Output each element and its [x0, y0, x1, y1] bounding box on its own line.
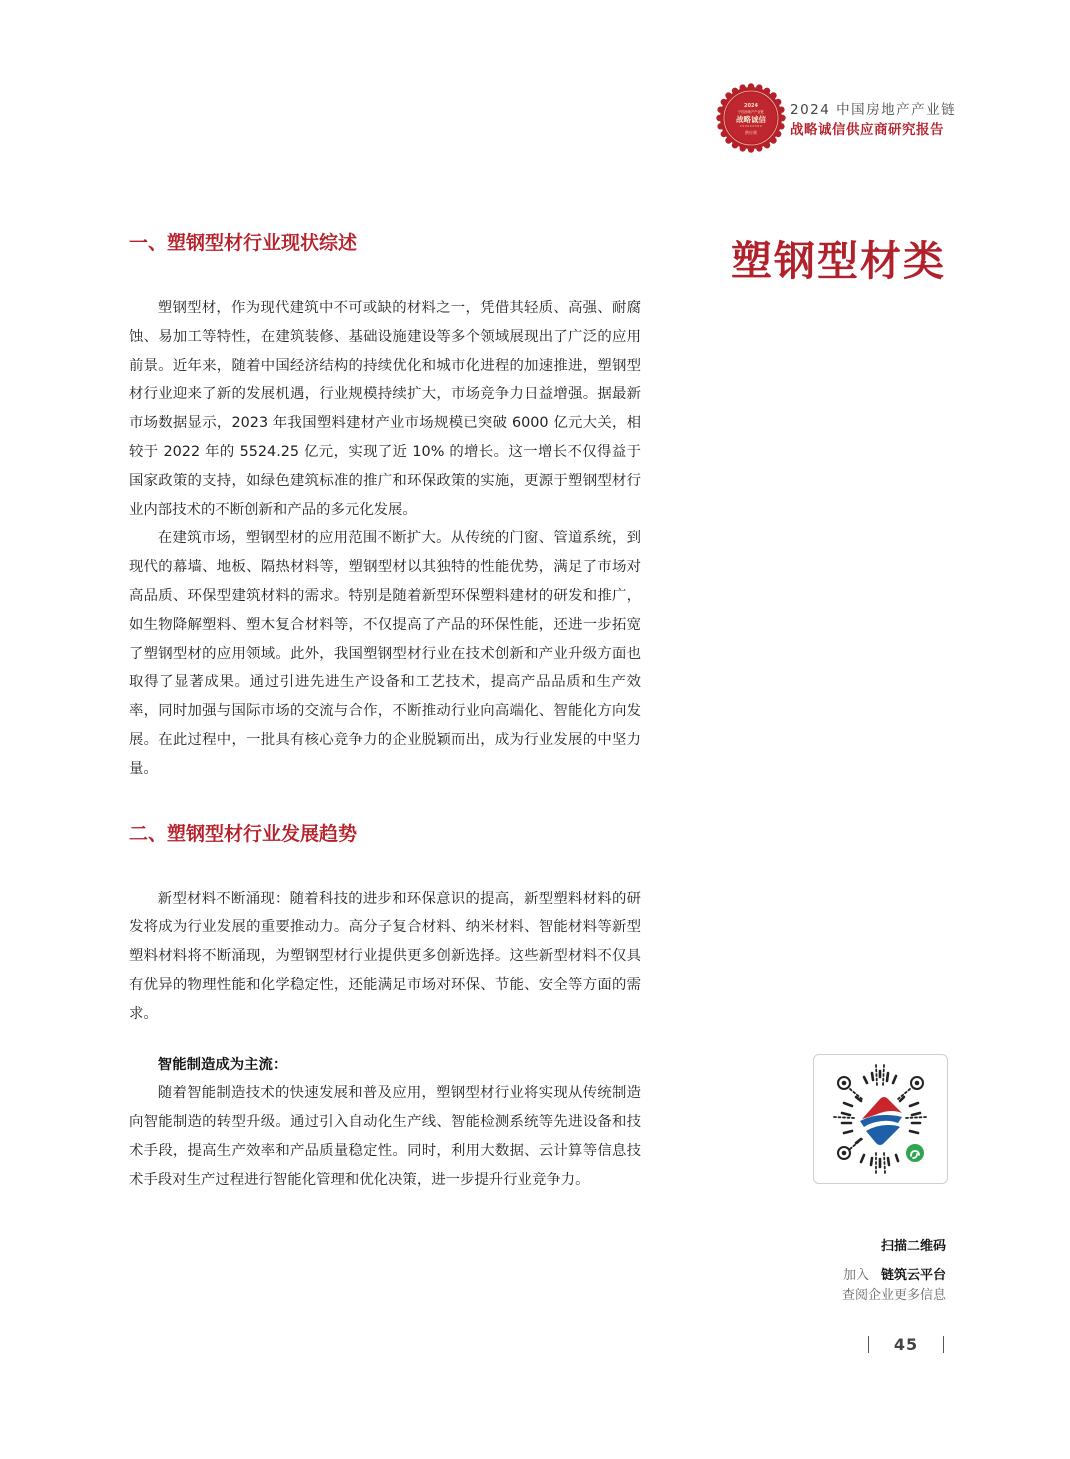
join-platform-line: 加入链筑云平台	[842, 1266, 946, 1286]
seal-badge-icon: 2024 中国房地产产业链 战略诚信 供应商	[716, 83, 786, 153]
divider	[943, 1336, 944, 1353]
paragraph: 在建筑市场，塑钢型材的应用范围不断扩大。从传统的门窗、管道系统，到现代的幕墙、地…	[129, 524, 641, 783]
svg-text:中国房地产产业链: 中国房地产产业链	[738, 109, 764, 114]
mini-program-qr-icon	[814, 1055, 947, 1183]
more-info-label: 查阅企业更多信息	[842, 1286, 946, 1306]
svg-text:供应商: 供应商	[745, 129, 757, 135]
paragraph: 新型材料不断涌现：随着科技的进步和环保意识的提高，新型塑料材料的研发将成为行业发…	[129, 885, 641, 1029]
report-subtitle: 2024 中国房地产产业链	[790, 98, 956, 118]
page-number: 45	[869, 1335, 943, 1354]
qr-caption: 扫描二维码 加入链筑云平台 查阅企业更多信息	[842, 1236, 946, 1306]
subsection-title: 智能制造成为主流：	[129, 1051, 641, 1080]
section-title: 一、塑钢型材行业现状综述	[129, 228, 641, 258]
report-title: 战略诚信供应商研究报告	[790, 118, 944, 138]
svg-text:战略诚信: 战略诚信	[736, 114, 766, 124]
paragraph: 随着智能制造技术的快速发展和普及应用，塑钢型材行业将实现从传统制造向智能制造的转…	[129, 1079, 641, 1194]
seal-logo: 2024 中国房地产产业链 战略诚信 供应商	[716, 83, 786, 153]
join-prefix: 加入	[843, 1268, 869, 1283]
svg-text:2024: 2024	[744, 103, 758, 109]
qr-code[interactable]	[813, 1054, 948, 1184]
main-content: 一、塑钢型材行业现状综述 塑钢型材，作为现代建筑中不可或缺的材料之一，凭借其轻质…	[129, 228, 641, 1195]
paragraph: 塑钢型材，作为现代建筑中不可或缺的材料之一，凭借其轻质、高强、耐腐蚀、易加工等特…	[129, 294, 641, 524]
platform-name: 链筑云平台	[881, 1268, 946, 1283]
category-title: 塑钢型材类	[731, 228, 946, 287]
scan-qr-label: 扫描二维码	[842, 1236, 946, 1258]
section-title: 二、塑钢型材行业发展趋势	[129, 819, 641, 849]
page-number-footer: 45	[868, 1334, 944, 1354]
